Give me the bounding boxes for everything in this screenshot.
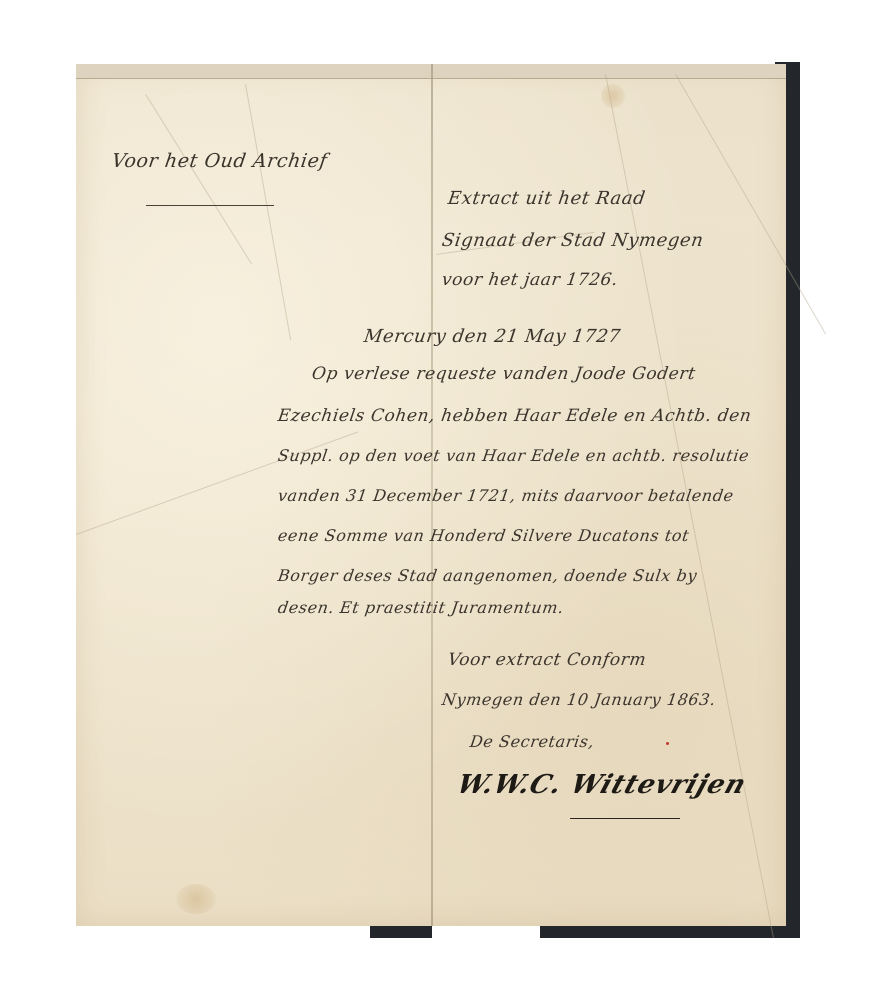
header-note: Voor het Oud Archief: [110, 150, 328, 172]
secretary-role: De Secretaris,: [469, 732, 596, 751]
signature-underline: [570, 818, 680, 819]
body-line: vanden 31 December 1721, mits daarvoor b…: [277, 486, 735, 505]
dark-backing-board-bottom: [540, 925, 800, 938]
body-line: desen. Et praestitit Juramentum.: [277, 598, 565, 617]
title-line: voor het jaar 1726.: [441, 270, 620, 290]
conform-line: Voor extract Conform: [447, 650, 648, 670]
paper-stain: [601, 84, 625, 108]
paper-crease: [675, 74, 826, 334]
place-date-line: Nymegen den 10 January 1863.: [441, 690, 717, 709]
paper-crease: [245, 84, 291, 340]
body-line: Suppl. op den voet van Haar Edele en ach…: [277, 446, 751, 465]
ink-mark: [666, 742, 669, 745]
document-page: Voor het Oud Archief Extract uit het Raa…: [76, 64, 786, 926]
signature: W.W.C. Wittevrijen: [453, 770, 750, 800]
body-line: eene Somme van Honderd Silvere Ducatons …: [277, 526, 691, 545]
header-note-underline: [146, 205, 274, 206]
title-line: Signaat der Stad Nymegen: [441, 230, 705, 251]
body-line: Op verlese requeste vanden Joode Godert: [311, 364, 697, 384]
title-line: Extract uit het Raad: [447, 188, 647, 209]
body-line: Ezechiels Cohen, hebben Haar Edele en Ac…: [277, 406, 753, 426]
dark-backing-board-bottom: [370, 925, 432, 938]
paper-crease: [145, 94, 252, 264]
date-line: Mercury den 21 May 1727: [363, 326, 623, 347]
body-line: Borger deses Stad aangenomen, doende Sul…: [277, 566, 699, 585]
paper-stain: [176, 884, 216, 914]
